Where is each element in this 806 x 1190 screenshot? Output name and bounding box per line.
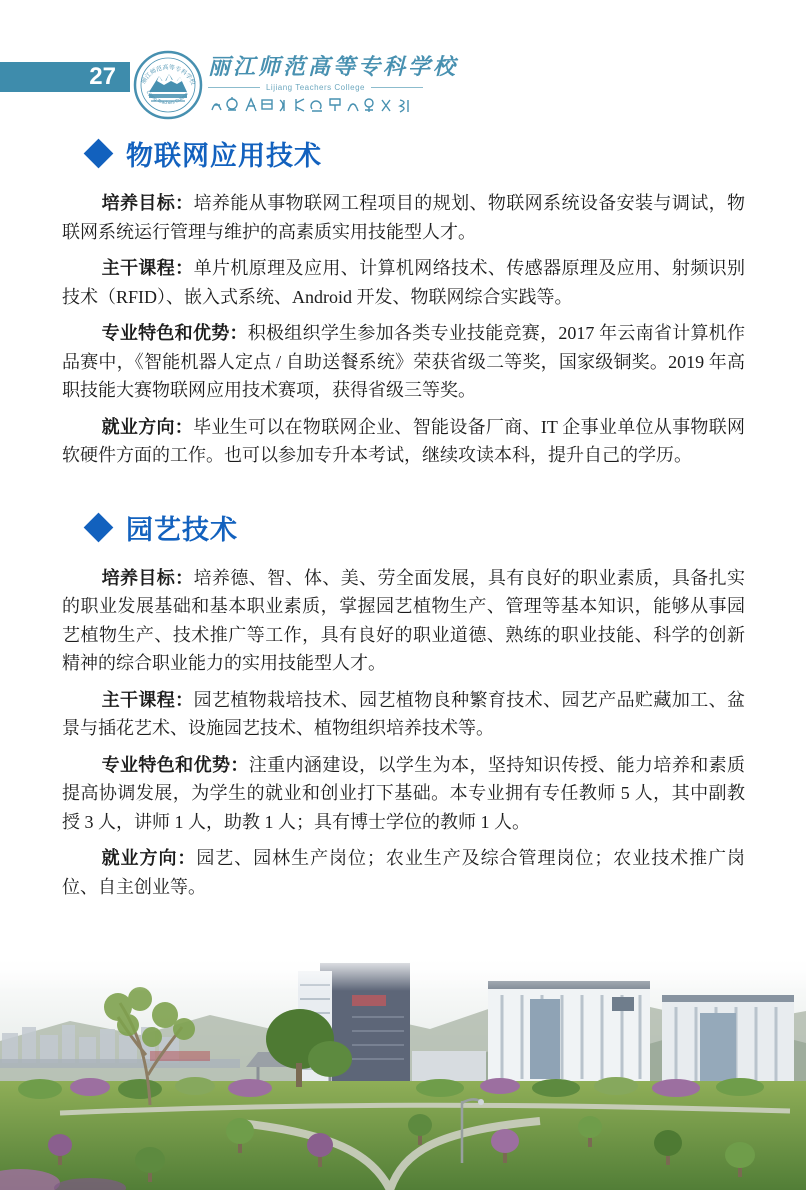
school-name-block: 丽江师范高等专科学校 Lijiang Teachers College	[208, 50, 468, 120]
paragraph-main-courses: 主干课程：园艺植物栽培技术、园艺植物良种繁育技术、园艺产品贮藏加工、盆景与插花艺…	[62, 686, 745, 743]
section-horticulture: 园艺技术 培养目标：培养德、智、体、美、劳全面发展，具有良好的职业素质，具备扎实…	[62, 512, 745, 902]
paragraph-training-goal: 培养目标：培养能从事物联网工程项目的规划、物联网系统设备安装与调试，物联网系统运…	[62, 189, 745, 246]
campus-photo-illustration	[0, 955, 806, 1190]
paragraph-label: 就业方向：	[102, 848, 197, 868]
school-name-english: Lijiang Teachers College	[266, 83, 365, 92]
paragraph-features: 专业特色和优势：注重内涵建设，以学生为本，坚持知识传授、能力培养和素质提高协调发…	[62, 751, 745, 837]
dongba-script-icon	[208, 95, 468, 120]
paragraph-training-goal: 培养目标：培养德、智、体、美、劳全面发展，具有良好的职业素质，具备扎实的职业发展…	[62, 564, 745, 678]
paragraph-label: 就业方向：	[102, 417, 194, 437]
diamond-bullet-icon	[84, 513, 114, 543]
section-title: 园艺技术	[126, 508, 238, 547]
divider-left	[208, 87, 260, 88]
paragraph-features: 专业特色和优势：积极组织学生参加各类专业技能竞赛，2017 年云南省计算机作品赛…	[62, 319, 745, 405]
school-name-english-row: Lijiang Teachers College	[208, 83, 423, 92]
page-number: 27	[89, 65, 116, 89]
divider-right	[371, 87, 423, 88]
paragraph-label: 培养目标：	[102, 193, 194, 213]
paragraph-label: 培养目标：	[102, 568, 194, 588]
paragraph-main-courses: 主干课程：单片机原理及应用、计算机网络技术、传感器原理及应用、射频识别技术（RF…	[62, 254, 745, 311]
paragraph-label: 主干课程：	[102, 258, 194, 278]
paragraph-employment: 就业方向：园艺、园林生产岗位；农业生产及综合管理岗位；农业技术推广岗位、自主创业…	[62, 844, 745, 901]
page-content: 物联网应用技术 培养目标：培养能从事物联网工程项目的规划、物联网系统设备安装与调…	[62, 137, 745, 909]
school-name-calligraphy: 丽江师范高等专科学校	[208, 50, 468, 81]
section-title-row: 物联网应用技术	[62, 137, 745, 169]
brochure-page: 27 丽江师范高等专科学校 Lijiang Teachers College 丽…	[0, 0, 806, 1190]
campus-panorama-photo	[0, 955, 806, 1190]
section-title-row: 园艺技术	[62, 512, 745, 544]
diamond-bullet-icon	[84, 138, 114, 168]
page-number-bar: 27	[0, 62, 130, 92]
paragraph-employment: 就业方向：毕业生可以在物联网企业、智能设备厂商、IT 企事业单位从事物联网软硬件…	[62, 413, 745, 470]
paragraph-label: 主干课程：	[102, 690, 194, 710]
school-seal-icon: 丽江师范高等专科学校 Lijiang Teachers College	[133, 50, 203, 120]
school-logo: 丽江师范高等专科学校 Lijiang Teachers College	[133, 50, 203, 120]
paragraph-label: 专业特色和优势：	[102, 323, 248, 343]
paragraph-label: 专业特色和优势：	[102, 755, 249, 775]
section-iot: 物联网应用技术 培养目标：培养能从事物联网工程项目的规划、物联网系统设备安装与调…	[62, 137, 745, 470]
section-title: 物联网应用技术	[126, 134, 322, 173]
